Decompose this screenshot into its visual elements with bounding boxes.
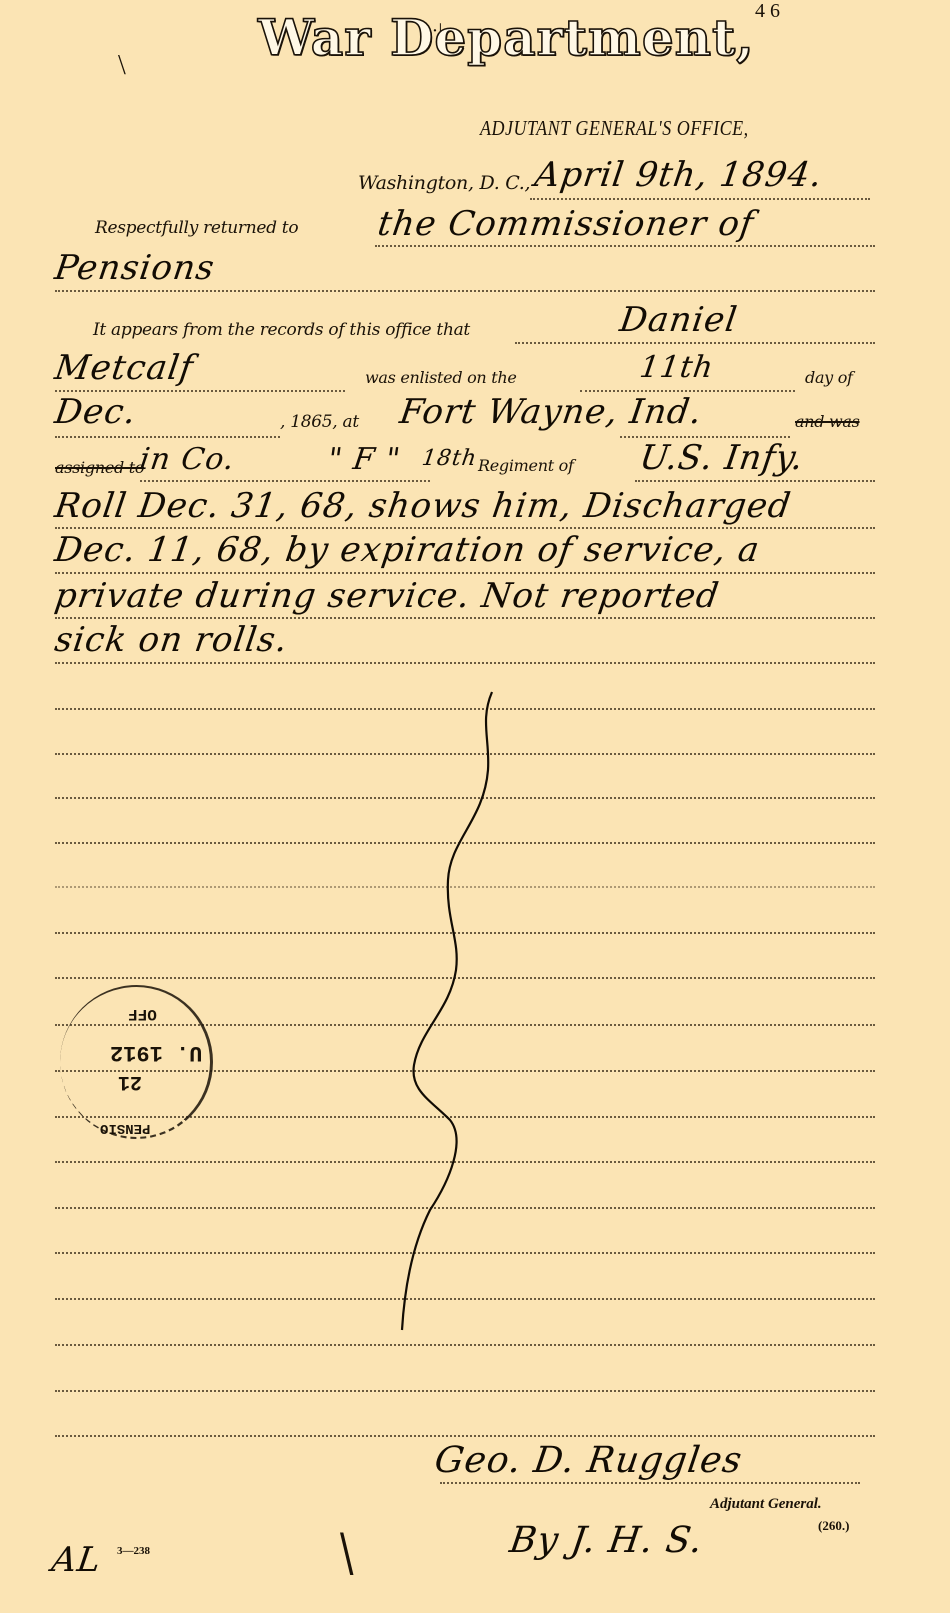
signature-name: Geo. D. Ruggles [432, 1440, 745, 1481]
pension-document: \ ( ·| 4 6 War Department, ADJUTANT GENE… [0, 0, 950, 1613]
recipient-line-2: Pensions [52, 248, 217, 288]
stray-mark: \ [118, 50, 126, 82]
record-line-2: Dec. 11, 68, by expiration of service, a [52, 530, 762, 570]
rule [55, 527, 875, 529]
wavy-line-mark [380, 680, 500, 1340]
enlist-place: Fort Wayne, Ind. [397, 392, 705, 432]
rule [55, 617, 875, 619]
last-name: Metcalf [52, 348, 196, 388]
struck-text: and was [795, 412, 860, 431]
year-text: , 1865, at [280, 412, 359, 432]
check-mark: \ [340, 1523, 353, 1583]
signed-by: By J. H. S. [507, 1520, 706, 1561]
form-code: (260.) [818, 1518, 849, 1534]
regiment-text: Regiment of [478, 456, 574, 475]
rule [140, 480, 430, 482]
rule [515, 342, 875, 344]
enlist-day: 11th [638, 350, 716, 385]
rule [375, 245, 875, 247]
place-label: Washington, D. C., [358, 172, 530, 194]
intro-text: It appears from the records of this offi… [93, 320, 470, 340]
rule [55, 1344, 875, 1346]
regiment-number: 18th [420, 446, 479, 471]
record-line-4: sick on rolls. [52, 620, 290, 660]
rule [55, 572, 875, 574]
returned-label: Respectfully returned to [95, 218, 298, 238]
stamp-text: U. 1912 [110, 1040, 202, 1065]
enlist-month: Dec. [52, 392, 139, 432]
rule [55, 290, 875, 292]
enlisted-text: was enlisted on the [365, 368, 517, 387]
company-letter: " F " [326, 442, 403, 477]
department-title: War Department, [258, 8, 698, 67]
rule [635, 480, 875, 482]
signature-rule [440, 1482, 860, 1484]
regiment-name: U.S. Infy. [637, 438, 806, 478]
rule [55, 662, 875, 664]
company-prefix: in Co. [138, 442, 237, 477]
date-rule [530, 198, 870, 200]
date-handwritten: April 9th, 1894. [532, 155, 825, 195]
struck-text: assigned to [55, 458, 144, 477]
first-name: Daniel [617, 300, 740, 340]
rule [55, 436, 280, 438]
rule [55, 1435, 875, 1437]
office-name: ADJUTANT GENERAL'S OFFICE, [480, 116, 749, 140]
signature-title: Adjutant General. [710, 1496, 822, 1513]
stamp-text: OFF [128, 1005, 157, 1023]
rule [55, 1390, 875, 1392]
form-number: 3—238 [117, 1545, 150, 1557]
stamp-text: PENSIO [100, 1120, 150, 1136]
recipient-line-1: the Commissioner of [375, 204, 756, 244]
record-line-1: Roll Dec. 31, 68, shows him, Discharged [52, 486, 794, 526]
day-of-text: day of [805, 368, 853, 387]
stamp-text: 21 [118, 1070, 142, 1093]
stray-mark: 4 6 [755, 0, 780, 23]
initials-mark: AL [49, 1540, 104, 1580]
record-line-3: private during service. Not reported [52, 576, 722, 616]
